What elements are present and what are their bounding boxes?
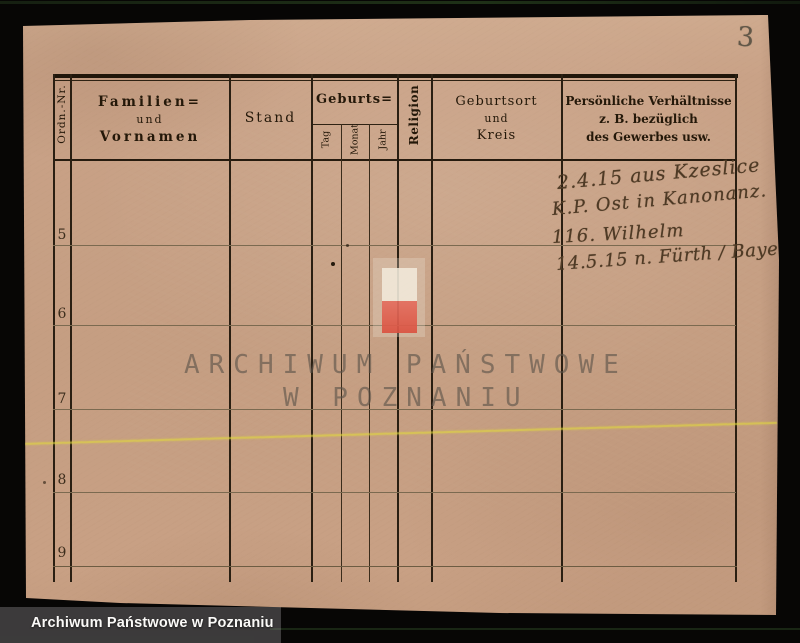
column-header-religion: Religion bbox=[407, 65, 421, 165]
scan-artifact-bottom bbox=[270, 628, 800, 630]
header-line: Kreis bbox=[477, 128, 516, 143]
column-header-monat: Monat bbox=[350, 110, 361, 170]
column-header-jahr: Jahr bbox=[378, 110, 389, 170]
header-line: und bbox=[484, 112, 508, 125]
pencil-page-number: 3 bbox=[736, 21, 755, 53]
column-header-familien: Familien= und Vornamen bbox=[71, 80, 229, 158]
ink-speck bbox=[331, 262, 335, 266]
header-bottom-rule bbox=[53, 159, 737, 161]
archive-logo-red-field bbox=[382, 301, 417, 333]
header-line: z. B. bezüglich bbox=[599, 112, 698, 126]
header-line: des Gewerbes usw. bbox=[586, 130, 711, 144]
column-header-persoenlich: Persönliche Verhältnisse z. B. bezüglich… bbox=[562, 84, 735, 154]
document-paper: Ordn.-Nr. Familien= und Vornamen Stand G… bbox=[0, 0, 800, 643]
header-line: Persönliche Verhältnisse bbox=[565, 94, 731, 108]
column-header-geburts: Geburts= bbox=[312, 92, 397, 107]
col-rule-stand bbox=[311, 74, 313, 582]
table-border-left bbox=[53, 74, 55, 582]
row-number: 7 bbox=[53, 391, 71, 407]
watermark-line-1: ARCHIWUM PAŃSTWOWE bbox=[184, 350, 628, 380]
ink-speck bbox=[43, 481, 46, 484]
row-line-8 bbox=[53, 492, 736, 493]
ink-speck bbox=[346, 244, 349, 247]
row-number: 6 bbox=[53, 306, 71, 322]
table-border-top bbox=[53, 74, 738, 78]
watermark-line-2: W POZNANIU bbox=[283, 383, 530, 413]
archive-logo-white-field bbox=[382, 268, 417, 301]
header-line: Geburtsort bbox=[455, 94, 537, 109]
header-line: Vornamen bbox=[100, 129, 201, 145]
table-border-right bbox=[735, 74, 737, 582]
row-number: 5 bbox=[53, 227, 71, 243]
header-line: Familien= bbox=[98, 94, 202, 110]
scan-artifact-top bbox=[0, 1, 800, 4]
row-number: 9 bbox=[53, 545, 71, 561]
column-header-ordnr: Ordn.-Nr. bbox=[56, 64, 68, 164]
column-header-geburtsort: Geburtsort und Kreis bbox=[432, 80, 561, 156]
col-rule-familien bbox=[229, 74, 231, 582]
scanned-document-view: Ordn.-Nr. Familien= und Vornamen Stand G… bbox=[0, 0, 800, 643]
header-line: und bbox=[136, 113, 163, 126]
row-line-5 bbox=[53, 245, 736, 246]
archive-caption: Archiwum Państwowe w Poznaniu bbox=[31, 615, 274, 631]
column-header-tag: Tag bbox=[321, 110, 332, 170]
row-line-9 bbox=[53, 566, 737, 567]
column-header-stand: Stand bbox=[230, 110, 311, 126]
row-number: 8 bbox=[53, 472, 71, 488]
